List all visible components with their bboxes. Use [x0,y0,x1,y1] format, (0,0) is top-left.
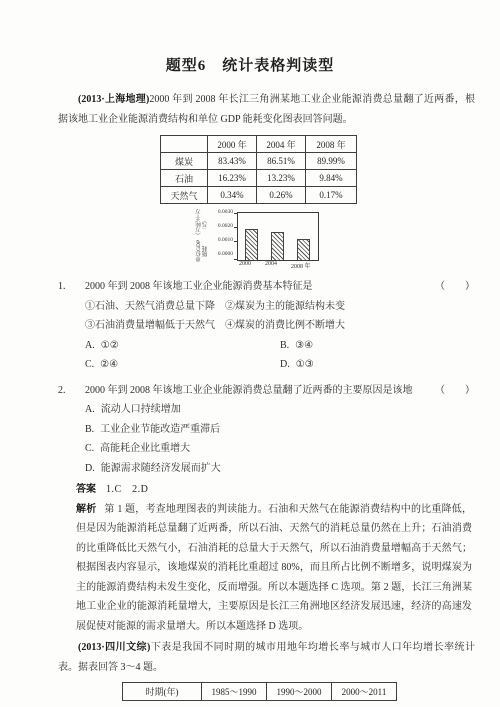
table-cell: 0.34% [208,187,257,204]
option-a: A.①② [85,336,280,356]
option-label: C. [85,443,94,454]
y-tick-label: 0.0020 [208,223,233,229]
page-title: 题型6 统计表格判读型 [0,56,500,76]
table-row: 煤炭 83.43% 86.51% 89.99% [161,153,357,170]
period-table: 时期(年) 1985～1990 1990～2000 2000～2011 [122,682,397,701]
y-tick-label: 0.0030 [208,209,233,215]
question-number: 1. [58,277,85,297]
table-cell: 9.84% [306,170,357,187]
table-header-row: 时期(年) 1985～1990 1990～2000 2000～2011 [123,683,397,701]
option-label: D. [280,359,290,370]
option-text: ②④ [100,359,118,370]
option-label: A. [85,340,95,351]
intro-paragraph: (2013·上海地理)2000 年到 2008 年长江三角洲某地工业企业能源消费… [58,90,475,129]
energy-consumption-table: 2000 年 2004 年 2008 年 煤炭 83.43% 86.51% 89… [160,135,357,204]
analysis-paragraph: 解析第 1 题，考查地理图表的判读能力。石油和天然气在能源消费结构中的比重降低，… [76,500,472,637]
axis-tick [234,227,237,228]
bar-2008年 [297,239,310,260]
y-tick-label: 0.0000 [208,251,233,257]
y-tick-label: 0.0010 [208,237,233,243]
table-cell: 1990～2000 [267,683,332,701]
option-text: ①③ [296,359,314,370]
question-stem: 2000 年到 2008 年该地工业企业能源消费基本特征是 [85,277,313,297]
question-2-stem-row: 2. 2000 年到 2008 年该地工业企业能源消费总量翻了近两番的主要原因是… [58,381,475,401]
sichuan-source-tag: (2013·四川文综) [78,642,150,653]
table-cell: 86.51% [257,153,306,170]
option-a: A.流动人口持续增加 [85,400,475,420]
question-2: 2. 2000 年到 2008 年该地工业企业能源消费总量翻了近两番的主要原因是… [58,381,475,479]
answer-bracket: （ ） [435,277,475,297]
option-text: 高能耗企业比重增大 [100,443,190,454]
table-header-row: 2000 年 2004 年 2008 年 [161,136,357,153]
answer-label: 答案 [76,484,96,495]
question-number: 2. [58,381,85,401]
option-text: 流动人口持续增加 [101,404,181,415]
option-text: 能源需求随经济发展而扩大 [101,463,221,474]
table-row: 天然气 0.34% 0.26% 0.17% [161,187,357,204]
document-page: 题型6 统计表格判读型 (2013·上海地理)2000 年到 2008 年长江三… [0,0,500,707]
table-cell [161,136,208,153]
table-cell: 89.99% [306,153,357,170]
answer-line: 答案1.C 2.D [76,480,475,500]
x-tick-label: 2008 年 [291,261,311,270]
analysis-text: 第 1 题，考查地理图表的判读能力。石油和天然气在能源消费结构中的比重降低，但是… [76,504,472,632]
option-label: C. [85,359,94,370]
option-text: 工业企业节能改造严重滞后 [100,424,220,435]
option-c: C.高能耗企业比重增大 [85,439,475,459]
table-row: 石油 16.23% 13.23% 9.84% [161,170,357,187]
option-d: D.能源需求随经济发展而扩大 [85,459,475,479]
table-cell: 83.43% [208,153,257,170]
table-cell: 16.23% [208,170,257,187]
row-label: 石油 [161,170,208,187]
question-2-options: A.流动人口持续增加 B.工业企业节能改造严重滞后 C.高能耗企业比重增大 D.… [85,400,475,478]
table-cell: 2004 年 [257,136,306,153]
table-cell: 13.23% [257,170,306,187]
table-cell: 2000 年 [208,136,257,153]
axis-tick [234,241,237,242]
gdp-energy-bar-chart: 单位GDP能耗 （万吨/千万元） 0.0030 0.0020 0.0010 0.… [196,208,356,272]
x-tick-label: 2004 [265,261,277,267]
statements-line: ①石油、天然气消费总量下降 ②煤炭为主的能源结构未变 [85,297,475,317]
axis-tick [234,259,237,260]
table-cell: 1985～1990 [202,683,267,701]
table-cell: 时期(年) [123,683,202,701]
bar-2004 [271,232,284,260]
option-label: B. [280,340,289,351]
question-stem: 2000 年到 2008 年该地工业企业能源消费总量翻了近两番的主要原因是该地 [85,381,413,401]
answer-bracket: （ ） [435,381,475,401]
question-1-options: A.①② B.③④ C.②④ D.①③ [85,336,475,375]
option-b: B.③④ [280,336,475,356]
table-cell: 0.26% [257,187,306,204]
axis-tick [234,213,237,214]
question-1-stem-row: 1. 2000 年到 2008 年该地工业企业能源消费基本特征是 （ ） [58,277,475,297]
option-text: ③④ [295,340,313,351]
option-label: B. [85,424,94,435]
option-c: C.②④ [85,355,280,375]
option-text: ①② [101,340,119,351]
option-label: A. [85,404,95,415]
row-label: 天然气 [161,187,208,204]
table-cell: 2008 年 [306,136,357,153]
question-1: 1. 2000 年到 2008 年该地工业企业能源消费基本特征是 （ ） ①石油… [58,277,475,375]
chart-plot [237,212,319,261]
x-tick-label: 2000 [239,261,251,267]
table-cell: 0.17% [306,187,357,204]
analysis-label: 解析 [76,504,96,515]
option-d: D.①③ [280,355,475,375]
bar-2000 [245,229,258,260]
intro-source-tag: (2013·上海地理) [78,94,149,105]
table-cell: 2000～2011 [332,683,397,701]
statements-line: ③石油消费量增幅低于天然气 ④煤炭的消费比例不断增大 [85,316,475,336]
chart-x-ticks: 2000 2004 2008 年 [237,261,345,271]
chart-y-ticks: 0.0030 0.0020 0.0010 0.0000 [210,208,235,260]
option-label: D. [85,463,95,474]
answer-text: 1.C 2.D [106,484,148,495]
sichuan-paragraph: (2013·四川文综)下表是我国不同时期的城市用地年均增长率与城市人口年均增长率… [58,638,475,677]
row-label: 煤炭 [161,153,208,170]
option-b: B.工业企业节能改造严重滞后 [85,420,475,440]
